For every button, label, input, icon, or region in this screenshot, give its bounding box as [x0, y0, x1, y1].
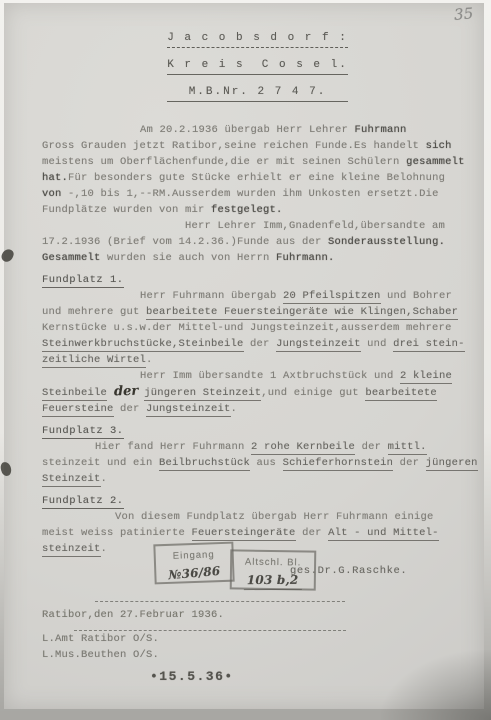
text-segment: hat.: [42, 172, 68, 184]
text-segment: Schieferhornstein: [283, 457, 394, 471]
text-segment: und mehrere gut: [42, 306, 146, 318]
typed-line: Steinzeit.: [42, 471, 473, 487]
typed-line: Von diesem Fundplatz übergab Herr Fuhrma…: [42, 509, 473, 525]
text-segment: Gesammelt: [42, 252, 101, 264]
typed-line: Fundplätze wurden von mir festgelegt.: [42, 202, 473, 218]
text-segment: und: [361, 338, 394, 350]
text-segment: bearbeitete: [365, 387, 437, 401]
typed-line: meist weiss patinierte Feuersteingeräte …: [42, 525, 473, 541]
text-segment: .: [231, 403, 238, 415]
document-header: J a c o b s d o r f :K r e i s C o s e l…: [167, 32, 348, 102]
text-segment: aus: [250, 457, 283, 469]
text-segment: Feuersteine: [42, 403, 114, 417]
text-segment: der: [296, 527, 329, 539]
text-segment: ,und einige gut: [261, 387, 365, 399]
typed-line: Herr Imm übersandte 1 Axtbruchstück und …: [42, 368, 473, 384]
text-segment: Sonderausstellung.: [328, 236, 445, 248]
section-heading: Fundplatz 3.: [42, 423, 473, 439]
text-segment: Gross Grauden jetzt Ratibor,seine reiche…: [42, 140, 426, 152]
text-segment: der: [355, 441, 388, 453]
text-segment: und Bohrer: [381, 290, 453, 302]
text-segment: der: [393, 457, 426, 469]
text-segment: Steinbeile: [42, 387, 107, 401]
text-segment: Feuersteingeräte: [192, 527, 296, 541]
typed-line: Herr Lehrer Imm,Gnadenfeld,übersandte am: [42, 218, 473, 234]
text-segment: .: [101, 473, 108, 485]
text-segment: jüngeren Steinzeit: [144, 387, 261, 401]
text-segment: sich: [426, 140, 452, 152]
text-segment: drei stein-: [393, 338, 465, 352]
text-segment: von: [42, 188, 68, 200]
text-segment: Fuhrmann.: [276, 252, 335, 264]
header-line: M.B.Nr. 2 7 4 7.: [167, 86, 348, 102]
text-segment: Hier fand Herr Fuhrmann: [95, 441, 251, 453]
text-segment: bearbeitete Feuersteingeräte wie Klingen…: [146, 306, 458, 320]
typed-line: Gesammelt wurden sie auch von Herrn Fuhr…: [42, 250, 473, 266]
typed-line: Steinbeile der jüngeren Steinzeit,und ei…: [42, 384, 473, 401]
text-segment: -,10 bis 1,--RM.Ausserdem wurden ihm Unk…: [68, 188, 439, 200]
eingang-stamp: Eingang №36/86: [153, 542, 234, 585]
typed-line: 17.2.1936 (Brief vom 14.2.36.)Funde aus …: [42, 234, 473, 250]
page-number-pencil: 35: [453, 5, 474, 23]
text-segment: 20 Pfeilspitzen: [283, 290, 381, 304]
text-segment: der: [244, 338, 277, 350]
section-heading: Fundplatz 2.: [42, 493, 473, 509]
text-segment: Kernstücke u.s.w.der Mittel-und Jungstei…: [42, 322, 452, 334]
text-segment: Steinwerkbruchstücke,Steinbeile: [42, 338, 244, 352]
cc-line-landesamt: L.Amt Ratibor O/S.: [42, 631, 473, 647]
text-segment: Herr Lehrer Imm,Gnadenfeld,übersandte am: [185, 220, 445, 232]
date-stamp: •15.5.36•: [150, 669, 234, 685]
text-segment: jüngeren: [426, 457, 478, 471]
document-body: Am 20.2.1936 übergab Herr Lehrer Fuhrman…: [42, 122, 473, 557]
text-segment: der: [114, 403, 147, 415]
text-segment: Jungsteinzeit: [276, 338, 361, 352]
document-content: 35 J a c o b s d o r f :K r e i s C o s …: [0, 0, 491, 720]
typed-line: Feuersteine der Jungsteinzeit.: [42, 401, 473, 417]
text-segment: zeitliche Wirtel: [42, 354, 146, 368]
header-line: J a c o b s d o r f :: [167, 32, 348, 48]
typed-line: von -,10 bis 1,--RM.Ausserdem wurden ihm…: [42, 186, 473, 202]
text-segment: meistens um Oberflächenfunde,die er mit …: [42, 156, 406, 168]
text-segment: Beilbruchstück: [159, 457, 250, 471]
cc-line-landesmuseum: L.Mus.Beuthen O/S.: [42, 647, 473, 663]
document-photo: 35 J a c o b s d o r f :K r e i s C o s …: [0, 0, 491, 720]
header-line: K r e i s C o s e l.: [167, 59, 348, 75]
text-segment: Steinzeit: [42, 473, 101, 487]
eingang-stamp-number: №36/86: [156, 562, 233, 585]
text-segment: Fundplatz 1.: [42, 274, 124, 288]
divider-dashed: [95, 601, 345, 602]
text-segment: steinzeit und ein: [42, 457, 159, 469]
text-segment: Fundplatz 3.: [42, 425, 124, 439]
section-heading: Fundplatz 1.: [42, 272, 473, 288]
text-segment: Fundplatz 2.: [42, 495, 124, 509]
text-segment: Am 20.2.1936 übergab Herr Lehrer: [140, 124, 355, 136]
text-segment: Fundplätze wurden von mir: [42, 204, 211, 216]
text-segment: gesammelt: [406, 156, 465, 168]
typed-line: Kernstücke u.s.w.der Mittel-und Jungstei…: [42, 320, 473, 336]
place-date-line: Ratibor,den 27.Februar 1936.: [42, 607, 473, 623]
text-segment: meist weiss patinierte: [42, 527, 192, 539]
text-segment: Herr Fuhrmann übergab: [140, 290, 283, 302]
typed-line: Hier fand Herr Fuhrmann 2 rohe Kernbeile…: [42, 439, 473, 455]
text-segment: 17.2.1936 (Brief vom 14.2.36.)Funde aus …: [42, 236, 328, 248]
typed-line: meistens um Oberflächenfunde,die er mit …: [42, 154, 473, 170]
typed-line: zeitliche Wirtel.: [42, 352, 473, 368]
text-segment: Herr Imm übersandte 1 Axtbruchstück und: [140, 370, 400, 382]
stamps-row: Eingang №36/86 Altschl. Bl. 103 b,2 ges.…: [42, 543, 473, 591]
text-segment: 2 rohe Kernbeile: [251, 441, 355, 455]
text-segment: [107, 387, 114, 399]
text-segment: mittl.: [388, 441, 427, 455]
handwritten-insertion: der: [113, 384, 138, 401]
text-segment: Alt - und Mittel-: [328, 527, 439, 541]
typed-line: hat.Für besonders gute Stücke erhielt er…: [42, 170, 473, 186]
typed-line: und mehrere gut bearbeitete Feuersteinge…: [42, 304, 473, 320]
text-segment: Für besonders gute Stücke erhielt er ein…: [68, 172, 445, 184]
typed-line: Herr Fuhrmann übergab 20 Pfeilspitzen un…: [42, 288, 473, 304]
signature-line: ges.Dr.G.Raschke.: [290, 563, 407, 579]
typed-line: Am 20.2.1936 übergab Herr Lehrer Fuhrman…: [42, 122, 473, 138]
typed-line: Gross Grauden jetzt Ratibor,seine reiche…: [42, 138, 473, 154]
text-segment: wurden sie auch von Herrn: [101, 252, 277, 264]
text-segment: Fuhrmann: [355, 124, 407, 136]
typed-line: steinzeit und ein Beilbruchstück aus Sch…: [42, 455, 473, 471]
text-segment: festgelegt.: [211, 204, 283, 216]
text-segment: .: [146, 354, 153, 366]
typed-line: Steinwerkbruchstücke,Steinbeile der Jung…: [42, 336, 473, 352]
text-segment: Von diesem Fundplatz übergab Herr Fuhrma…: [115, 511, 434, 523]
text-segment: Jungsteinzeit: [146, 403, 231, 417]
text-segment: 2 kleine: [400, 370, 452, 384]
